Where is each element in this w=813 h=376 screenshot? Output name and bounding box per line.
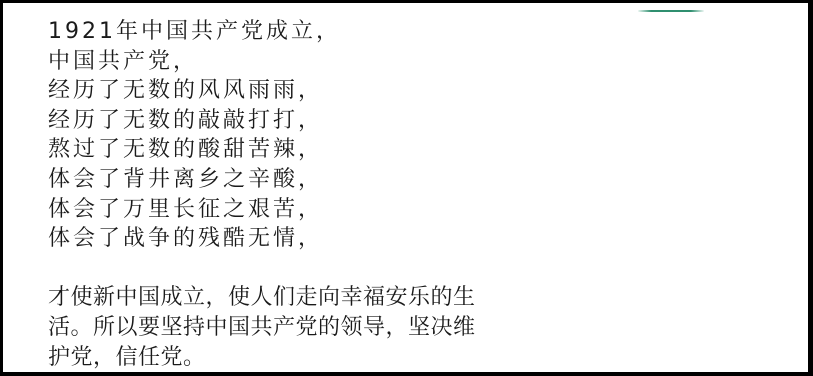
poem-line: 中国共产党， <box>48 47 341 77</box>
prose-line: 护党，信任党。 <box>48 343 476 372</box>
prose-block: 才使新中国成立，使人们走向幸福安乐的生 活。所以要坚持中国共产党的领导，坚决维 … <box>48 283 476 372</box>
poem-line: 1921年中国共产党成立， <box>48 17 341 47</box>
accent-line <box>638 10 704 12</box>
poem-block: 1921年中国共产党成立， 中国共产党， 经历了无数的风风雨雨， 经历了无数的敲… <box>48 17 341 254</box>
poem-line: 体会了背井离乡之辛酸， <box>48 165 341 195</box>
document-frame: 1921年中国共产党成立， 中国共产党， 经历了无数的风风雨雨， 经历了无数的敲… <box>3 3 808 372</box>
poem-line: 经历了无数的风风雨雨， <box>48 76 341 106</box>
poem-line: 熬过了无数的酸甜苦辣， <box>48 135 341 165</box>
poem-line: 体会了万里长征之艰苦， <box>48 195 341 225</box>
poem-line: 经历了无数的敲敲打打， <box>48 106 341 136</box>
poem-line: 体会了战争的残酷无情， <box>48 224 341 254</box>
prose-line: 活。所以要坚持中国共产党的领导，坚决维 <box>48 313 476 343</box>
prose-line: 才使新中国成立，使人们走向幸福安乐的生 <box>48 283 476 313</box>
